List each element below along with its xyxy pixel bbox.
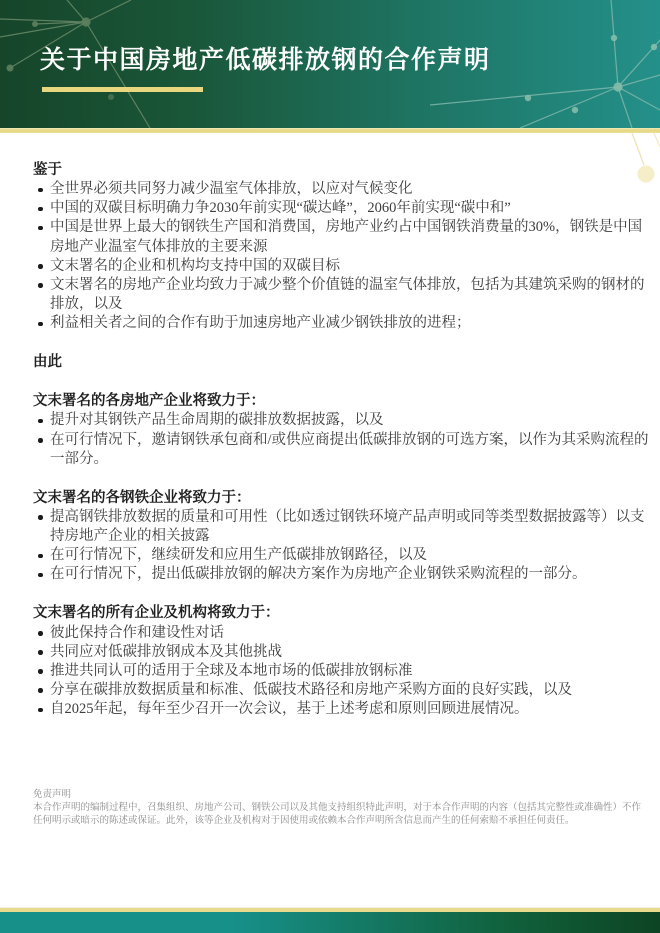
section-heading: 文末署名的各房地产企业将致力于：	[33, 392, 650, 411]
header-banner: 关于中国房地产低碳排放钢的合作声明	[0, 0, 660, 128]
section-all-companies: 文末署名的所有企业及机构将致力于： 彼此保持合作和建设性对话 共同应对低碳排放钢…	[33, 604, 650, 719]
document-page: 关于中国房地产低碳排放钢的合作声明 鉴于 全世界必须共同努力减少温室气体排放，以…	[0, 0, 660, 933]
section-steel-companies: 文末署名的各钢铁企业将致力于： 提高钢铁排放数据的质量和可用性（比如透过钢铁环境…	[33, 489, 650, 585]
bullet-item: 提升对其钢铁产品生命周期的碳排放数据披露，以及	[33, 411, 650, 430]
title-underline	[42, 87, 203, 92]
section-whereas: 鉴于 全世界必须共同努力减少温室气体排放，以应对气候变化 中国的双碳目标明确力争…	[33, 161, 650, 333]
footer-bar	[0, 912, 660, 933]
page-title: 关于中国房地产低碳排放钢的合作声明	[40, 40, 491, 76]
disclaimer-title: 免责声明	[33, 789, 650, 802]
section-therefore: 由此	[33, 353, 650, 372]
bullet-item: 文末署名的企业和机构均支持中国的双碳目标	[33, 257, 650, 276]
bullet-item: 中国的双碳目标明确力争2030年前实现“碳达峰”，2060年前实现“碳中和”	[33, 199, 650, 218]
bullet-item: 利益相关者之间的合作有助于加速房地产业减少钢铁排放的进程；	[33, 314, 650, 333]
bullet-item: 提高钢铁排放数据的质量和可用性（比如透过钢铁环境产品声明或同等类型数据披露等）以…	[33, 508, 650, 546]
bullet-list: 彼此保持合作和建设性对话 共同应对低碳排放钢成本及其他挑战 推进共同认可的适用于…	[33, 624, 650, 720]
bullet-list: 全世界必须共同努力减少温室气体排放，以应对气候变化 中国的双碳目标明确力争203…	[33, 180, 650, 333]
section-heading: 由此	[33, 353, 650, 372]
bullet-item: 在可行情况下，继续研发和应用生产低碳排放钢路径，以及	[33, 546, 650, 565]
bullet-item: 中国是世界上最大的钢铁生产国和消费国，房地产业约占中国钢铁消费量的30%，钢铁是…	[33, 218, 650, 256]
bullet-item: 自2025年起，每年至少召开一次会议，基于上述考虑和原则回顾进展情况。	[33, 700, 650, 719]
section-heading: 文末署名的所有企业及机构将致力于：	[33, 604, 650, 623]
bullet-item: 在可行情况下，提出低碳排放钢的解决方案作为房地产企业钢铁采购流程的一部分。	[33, 565, 650, 584]
bullet-item: 彼此保持合作和建设性对话	[33, 624, 650, 643]
bullet-list: 提高钢铁排放数据的质量和可用性（比如透过钢铁环境产品声明或同等类型数据披露等）以…	[33, 508, 650, 585]
bullet-item: 推进共同认可的适用于全球及本地市场的低碳排放钢标准	[33, 662, 650, 681]
bullet-item: 在可行情况下，邀请钢铁承包商和/或供应商提出低碳排放钢的可选方案，以作为其采购流…	[33, 431, 650, 469]
section-real-estate-companies: 文末署名的各房地产企业将致力于： 提升对其钢铁产品生命周期的碳排放数据披露，以及…	[33, 392, 650, 469]
bullet-item: 文末署名的房地产企业均致力于减少整个价值链的温室气体排放，包括为其建筑采购的钢材…	[33, 276, 650, 314]
disclaimer-text: 本合作声明的编制过程中，召集组织、房地产公司、钢铁公司以及其他支持组织特此声明，…	[33, 802, 650, 827]
disclaimer: 免责声明 本合作声明的编制过程中，召集组织、房地产公司、钢铁公司以及其他支持组织…	[33, 789, 650, 827]
section-heading: 鉴于	[33, 161, 650, 180]
bullet-item: 共同应对低碳排放钢成本及其他挑战	[33, 643, 650, 662]
document-content: 鉴于 全世界必须共同努力减少温室气体排放，以应对气候变化 中国的双碳目标明确力争…	[0, 133, 660, 827]
section-heading: 文末署名的各钢铁企业将致力于：	[33, 489, 650, 508]
bullet-item: 分享在碳排放数据质量和标准、低碳技术路径和房地产采购方面的良好实践，以及	[33, 681, 650, 700]
bullet-list: 提升对其钢铁产品生命周期的碳排放数据披露，以及 在可行情况下，邀请钢铁承包商和/…	[33, 411, 650, 468]
bullet-item: 全世界必须共同努力减少温室气体排放，以应对气候变化	[33, 180, 650, 199]
